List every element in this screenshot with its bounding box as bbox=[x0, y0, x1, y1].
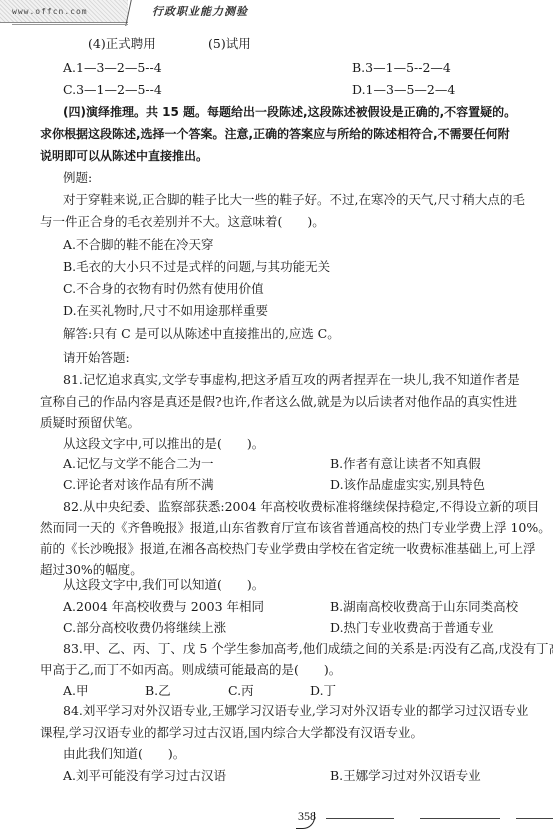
question-82-option-b: B.湖南高校收费高于山东同类高校 bbox=[330, 599, 518, 615]
question-82-option-c: C.部分高校收费仍将继续上涨 bbox=[63, 620, 226, 636]
example-answer: 解答:只有 C 是可以从陈述中直接推出的,应选 C。 bbox=[63, 326, 340, 342]
example-option-c: C.不合身的衣物有时仍然有使用价值 bbox=[63, 281, 264, 297]
question-82-stem: 82.从中央纪委、监察部获悉:2004 年高校收费标准将继续保持稳定,不得设立新… bbox=[63, 499, 539, 515]
question-81-stem-line2: 宣称自己的作品内容是真还是假?也许,作者这么做,就是为以后读者对他作品的真实性进 bbox=[40, 394, 517, 410]
question-82-stem-line3: 前的《长沙晚报》报道,在湘各高校热门专业学费由学校在省定统一收费标准基础上,可上… bbox=[40, 541, 535, 557]
section-heading-line2: 求你根据这段陈述,选择一个答案。注意,正确的答案应与所给的陈述相符合,不需要任何… bbox=[40, 126, 510, 142]
prev-option-b: B.3—1—5--2—4 bbox=[352, 60, 451, 76]
question-83-option-c: C.丙 bbox=[228, 683, 254, 699]
prev-option-c: C.3—1—2—5--4 bbox=[63, 82, 162, 98]
page-number: 358 bbox=[298, 809, 316, 824]
question-84-option-b: B.王娜学习过对外汉语专业 bbox=[330, 768, 481, 784]
footer-rule bbox=[516, 818, 553, 819]
section-heading: (四)演绎推理。共 15 题。每题给出一段陈述,这段陈述被假设是正确的,不容置疑… bbox=[63, 104, 516, 120]
question-82-option-d: D.热门专业收费高于普通专业 bbox=[330, 620, 494, 636]
header-underline bbox=[12, 24, 128, 25]
example-stem: 对于穿鞋来说,正合脚的鞋子比大一些的鞋子好。不过,在寒冷的天气,尺寸稍大点的毛 bbox=[63, 192, 525, 208]
prev-item-5: (5)试用 bbox=[208, 36, 251, 52]
exam-page: www.offcn.com 行政职业能力测验 (4)正式聘用 (5)试用 A.1… bbox=[0, 0, 553, 837]
question-81-stem: 81.记忆追求真实,文学专事虚构,把这矛盾互攻的两者捏弄在一块儿,我不知道作者是 bbox=[63, 372, 520, 388]
question-81-option-a: A.记忆与文学不能合二为一 bbox=[63, 456, 214, 472]
question-82-stem-line2: 然而同一天的《齐鲁晚报》报道,山东省教育厅宣布该省普通高校的热门专业学费上浮 1… bbox=[40, 520, 551, 536]
question-83-option-a: A.甲 bbox=[63, 683, 89, 699]
question-84-option-a: A.刘平可能没有学习过古汉语 bbox=[63, 768, 226, 784]
publisher-logo: www.offcn.com bbox=[0, 0, 128, 23]
question-84-stem: 84.刘平学习对外汉语专业,王娜学习汉语专业,学习对外汉语专业的都学习过汉语专业 bbox=[63, 703, 528, 719]
question-82-prompt: 从这段文字中,我们可以知道( )。 bbox=[63, 577, 264, 593]
publisher-url: www.offcn.com bbox=[12, 7, 88, 16]
example-label: 例题: bbox=[63, 170, 92, 186]
question-84-prompt: 由此我们知道( )。 bbox=[63, 746, 185, 762]
question-81-option-c: C.评论者对该作品有所不满 bbox=[63, 477, 214, 493]
question-82-stem-line4: 超过30%的幅度。 bbox=[40, 562, 143, 578]
section-heading-line3: 说明即可以从陈述中直接推出。 bbox=[40, 148, 208, 164]
prev-option-a: A.1—3—2—5--4 bbox=[63, 60, 162, 76]
question-83-stem-line2: 甲高于乙,而丁不如丙高。则成绩可能最高的是( )。 bbox=[40, 662, 341, 678]
question-83-option-d: D.丁 bbox=[310, 683, 336, 699]
question-81-option-b: B.作者有意让读者不知真假 bbox=[330, 456, 481, 472]
question-82-option-a: A.2004 年高校收费与 2003 年相同 bbox=[63, 599, 264, 615]
example-option-b: B.毛衣的大小只不过是式样的问题,与其功能无关 bbox=[63, 259, 330, 275]
example-option-a: A.不合脚的鞋不能在冷天穿 bbox=[63, 237, 214, 253]
book-title: 行政职业能力测验 bbox=[152, 3, 248, 19]
question-83-option-b: B.乙 bbox=[145, 683, 171, 699]
start-prompt: 请开始答题: bbox=[63, 350, 130, 366]
example-option-d: D.在买礼物时,尺寸不如用途那样重要 bbox=[63, 303, 268, 319]
footer-rule bbox=[326, 818, 394, 819]
prev-option-d: D.1—3—5—2—4 bbox=[352, 82, 455, 98]
footer-rule bbox=[420, 818, 500, 819]
question-84-stem-line2: 课程,学习汉语专业的都学习过古汉语,国内综合大学都没有汉语专业。 bbox=[40, 725, 423, 741]
prev-item-4: (4)正式聘用 bbox=[88, 36, 156, 52]
question-81-option-d: D.该作品虚虚实实,别具特色 bbox=[330, 477, 485, 493]
question-81-stem-line3: 质疑时预留伏笔。 bbox=[40, 415, 140, 431]
example-stem-line2: 与一件正合身的毛衣差别并不大。这意味着( )。 bbox=[40, 214, 325, 230]
question-83-stem: 83.甲、乙、丙、丁、戊 5 个学生参加高考,他们成绩之间的关系是:丙没有乙高,… bbox=[63, 641, 553, 657]
question-81-prompt: 从这段文字中,可以推出的是( )。 bbox=[63, 436, 264, 452]
